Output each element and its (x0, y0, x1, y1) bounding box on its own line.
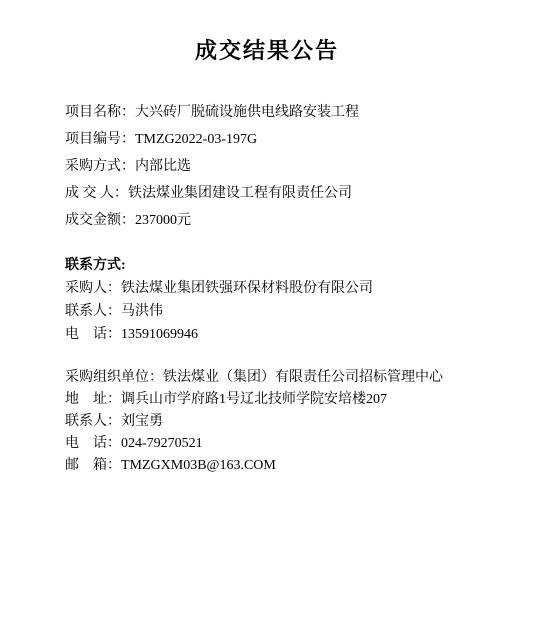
contact-info-section: 联系方式: 采购人：铁法煤业集团铁强环保材料股份有限公司 联系人：马洪伟 电 话… (65, 254, 514, 346)
organizer-phone-row: 电 话：024-79270521 (65, 433, 514, 455)
procurement-method-row: 采购方式：内部比选 (65, 153, 514, 180)
announcement-document: 成交结果公告 项目名称：大兴砖厂脱硫设施供电线路安装工程 项目编号：TMZG20… (0, 0, 534, 644)
organizer-address-row: 地 址：调兵山市学府路1号辽北技师学院安培楼207 (65, 389, 514, 411)
project-info-section: 项目名称：大兴砖厂脱硫设施供电线路安装工程 项目编号：TMZG2022-03-1… (65, 99, 514, 234)
buyer-phone-value: 13591069946 (121, 327, 198, 342)
transaction-amount-row: 成交金额：237000元 (65, 207, 514, 234)
organizer-address-label: 地 址： (65, 392, 121, 407)
buyer-contact-person-label: 联系人： (65, 304, 121, 319)
organizer-contact-person-value: 刘宝勇 (121, 414, 163, 429)
organizer-unit-label: 采购组织单位： (65, 370, 163, 385)
procurement-method-value: 内部比选 (135, 159, 191, 174)
page-title: 成交结果公告 (0, 38, 534, 63)
project-number-value: TMZG2022-03-197G (135, 132, 257, 147)
project-name-row: 项目名称：大兴砖厂脱硫设施供电线路安装工程 (65, 99, 514, 126)
transaction-amount-label: 成交金额： (65, 213, 135, 228)
transaction-amount-value: 237000元 (135, 213, 191, 228)
organizer-unit-row: 采购组织单位：铁法煤业（集团）有限责任公司招标管理中心 (65, 367, 514, 389)
project-number-row: 项目编号：TMZG2022-03-197G (65, 126, 514, 153)
winning-bidder-value: 铁法煤业集团建设工程有限责任公司 (128, 186, 352, 201)
project-name-value: 大兴砖厂脱硫设施供电线路安装工程 (135, 105, 359, 120)
buyer-contact-person-value: 马洪伟 (121, 304, 163, 319)
organizer-email-label: 邮 箱： (65, 458, 121, 473)
buyer-row: 采购人：铁法煤业集团铁强环保材料股份有限公司 (65, 277, 514, 300)
buyer-phone-row: 电 话：13591069946 (65, 323, 514, 346)
winning-bidder-label: 成 交 人： (65, 186, 128, 201)
organizer-phone-value: 024-79270521 (121, 436, 203, 451)
organizer-unit-value: 铁法煤业（集团）有限责任公司招标管理中心 (163, 370, 443, 385)
organizer-contact-person-label: 联系人： (65, 414, 121, 429)
procurement-method-label: 采购方式： (65, 159, 135, 174)
buyer-label: 采购人： (65, 281, 121, 296)
project-name-label: 项目名称： (65, 105, 135, 120)
organizer-phone-label: 电 话： (65, 436, 121, 451)
organizer-email-row: 邮 箱：TMZGXM03B@163.COM (65, 455, 514, 477)
contact-section-header: 联系方式: (65, 254, 514, 277)
winning-bidder-row: 成 交 人：铁法煤业集团建设工程有限责任公司 (65, 180, 514, 207)
organizer-contact-person-row: 联系人：刘宝勇 (65, 411, 514, 433)
organizer-info-section: 采购组织单位：铁法煤业（集团）有限责任公司招标管理中心 地 址：调兵山市学府路1… (65, 367, 514, 477)
organizer-email-value: TMZGXM03B@163.COM (121, 458, 276, 473)
buyer-contact-person-row: 联系人：马洪伟 (65, 300, 514, 323)
buyer-value: 铁法煤业集团铁强环保材料股份有限公司 (121, 281, 373, 296)
buyer-phone-label: 电 话： (65, 327, 121, 342)
organizer-address-value: 调兵山市学府路1号辽北技师学院安培楼207 (121, 392, 387, 407)
project-number-label: 项目编号： (65, 132, 135, 147)
